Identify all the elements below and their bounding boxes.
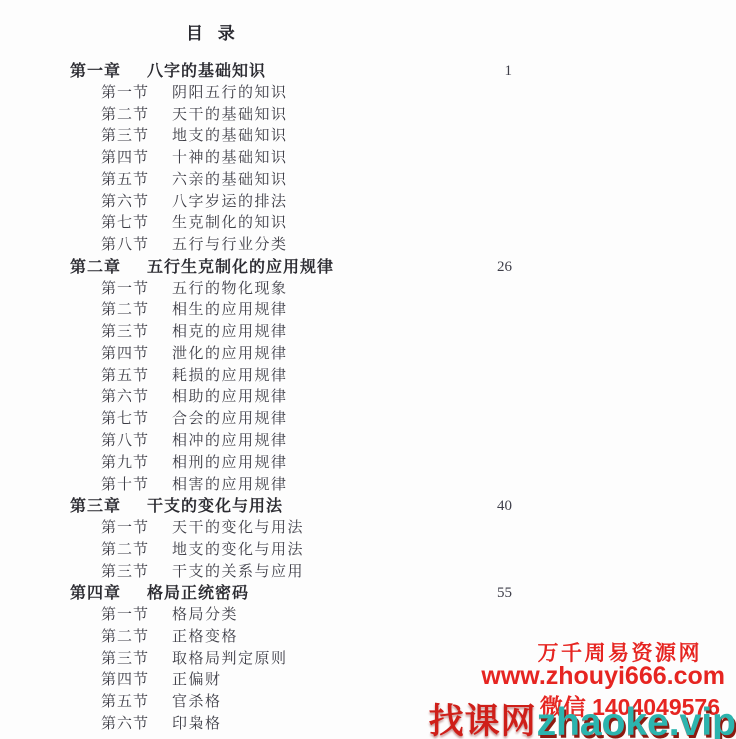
toc-section-row: 第二节天干的基础知识 <box>0 105 736 127</box>
section-title: 相助的应用规律 <box>172 387 288 409</box>
toc-section-row: 第四节十神的基础知识 <box>0 148 736 170</box>
section-title: 相克的应用规律 <box>172 322 288 344</box>
section-label: 第一节 <box>101 518 149 540</box>
toc-section-row: 第八节相冲的应用规律 <box>0 431 736 453</box>
section-title: 相害的应用规律 <box>172 475 288 497</box>
section-label: 第五节 <box>101 692 149 714</box>
section-label: 第一节 <box>101 605 149 627</box>
section-label: 第二节 <box>101 105 149 127</box>
section-title: 五行与行业分类 <box>172 235 288 257</box>
section-label: 第三节 <box>101 126 149 148</box>
toc-section-row: 第八节五行与行业分类 <box>0 235 736 257</box>
section-label: 第一节 <box>101 83 149 105</box>
section-title: 干支的关系与应用 <box>172 562 304 584</box>
chapter-label: 第四章 <box>70 583 121 605</box>
toc-section-row: 第七节合会的应用规律 <box>0 409 736 431</box>
section-label: 第三节 <box>101 649 149 671</box>
section-label: 第四节 <box>101 148 149 170</box>
section-label: 第六节 <box>101 714 149 736</box>
chapter-page-number: 1 <box>470 61 512 83</box>
toc-section-row: 第三节地支的基础知识 <box>0 126 736 148</box>
section-title: 五行的物化现象 <box>172 279 288 301</box>
chapter-title: 格局正统密码 <box>147 583 249 605</box>
toc-section-row: 第六节八字岁运的排法 <box>0 192 736 214</box>
section-label: 第二节 <box>101 540 149 562</box>
section-title: 正格变格 <box>172 627 238 649</box>
watermark-zhaoke-domain: zhaoke.vip <box>537 701 736 739</box>
section-title: 印枭格 <box>172 714 222 736</box>
section-title: 合会的应用规律 <box>172 409 288 431</box>
toc-chapter-row: 第三章干支的变化与用法40 <box>0 496 736 518</box>
section-label: 第四节 <box>101 344 149 366</box>
chapter-label: 第二章 <box>70 257 121 279</box>
section-title: 天干的基础知识 <box>172 105 288 127</box>
toc-section-row: 第三节干支的关系与应用 <box>0 562 736 584</box>
section-title: 正偏财 <box>172 670 222 692</box>
toc-section-row: 第一节五行的物化现象 <box>0 279 736 301</box>
page-title: 目 录 <box>186 19 240 44</box>
section-title: 十神的基础知识 <box>172 148 288 170</box>
section-label: 第四节 <box>101 670 149 692</box>
section-title: 阴阳五行的知识 <box>172 83 288 105</box>
chapter-label: 第三章 <box>70 496 121 518</box>
section-title: 相刑的应用规律 <box>172 453 288 475</box>
section-label: 第三节 <box>101 322 149 344</box>
chapter-page-number: 26 <box>470 257 512 279</box>
section-title: 相生的应用规律 <box>172 300 288 322</box>
chapter-page-number: 55 <box>470 583 512 605</box>
chapter-title: 干支的变化与用法 <box>147 496 283 518</box>
section-label: 第五节 <box>101 170 149 192</box>
toc-section-row: 第三节相克的应用规律 <box>0 322 736 344</box>
toc-section-row: 第十节相害的应用规律 <box>0 475 736 497</box>
toc-chapter-row: 第一章八字的基础知识1 <box>0 61 736 83</box>
section-label: 第八节 <box>101 235 149 257</box>
toc-section-row: 第五节耗损的应用规律 <box>0 366 736 388</box>
toc-list: 第一章八字的基础知识1第一节阴阳五行的知识第二节天干的基础知识第三节地支的基础知… <box>0 61 736 736</box>
section-label: 第六节 <box>101 387 149 409</box>
section-title: 地支的变化与用法 <box>172 540 304 562</box>
section-label: 第一节 <box>101 279 149 301</box>
toc-chapter-row: 第四章格局正统密码55 <box>0 583 736 605</box>
section-label: 第十节 <box>101 475 149 497</box>
section-title: 官杀格 <box>172 692 222 714</box>
toc-section-row: 第二节地支的变化与用法 <box>0 540 736 562</box>
watermark-zhaoke-cn: 找课网 <box>429 702 537 739</box>
section-title: 生克制化的知识 <box>172 213 288 235</box>
section-title: 泄化的应用规律 <box>172 344 288 366</box>
chapter-title: 五行生克制化的应用规律 <box>147 257 334 279</box>
section-title: 取格局判定原则 <box>172 649 288 671</box>
section-title: 格局分类 <box>172 605 238 627</box>
toc-chapter-row: 第二章五行生克制化的应用规律26 <box>0 257 736 279</box>
section-label: 第九节 <box>101 453 149 475</box>
section-title: 相冲的应用规律 <box>172 431 288 453</box>
toc-section-row: 第四节泄化的应用规律 <box>0 344 736 366</box>
toc-section-row: 第五节六亲的基础知识 <box>0 170 736 192</box>
watermark-zhaoke: 找课网zhaoke.vip <box>429 694 736 739</box>
chapter-label: 第一章 <box>70 61 121 83</box>
toc-section-row: 第一节阴阳五行的知识 <box>0 83 736 105</box>
toc-section-row: 第六节相助的应用规律 <box>0 387 736 409</box>
section-label: 第六节 <box>101 192 149 214</box>
section-label: 第二节 <box>101 627 149 649</box>
toc-section-row: 第九节相刑的应用规律 <box>0 453 736 475</box>
section-label: 第七节 <box>101 409 149 431</box>
chapter-page-number: 40 <box>470 496 512 518</box>
toc-page: 目 录 第一章八字的基础知识1第一节阴阳五行的知识第二节天干的基础知识第三节地支… <box>0 0 736 739</box>
section-label: 第二节 <box>101 300 149 322</box>
toc-section-row: 第一节格局分类 <box>0 605 736 627</box>
toc-section-row: 第一节天干的变化与用法 <box>0 518 736 540</box>
section-title: 八字岁运的排法 <box>172 192 288 214</box>
toc-section-row: 第二节相生的应用规律 <box>0 300 736 322</box>
section-label: 第七节 <box>101 213 149 235</box>
section-label: 第三节 <box>101 562 149 584</box>
section-title: 天干的变化与用法 <box>172 518 304 540</box>
section-title: 六亲的基础知识 <box>172 170 288 192</box>
toc-section-row: 第七节生克制化的知识 <box>0 213 736 235</box>
section-label: 第五节 <box>101 366 149 388</box>
section-label: 第八节 <box>101 431 149 453</box>
watermark-site-url: www.zhouyi666.com <box>481 662 725 691</box>
section-title: 耗损的应用规律 <box>172 366 288 388</box>
chapter-title: 八字的基础知识 <box>147 61 266 83</box>
section-title: 地支的基础知识 <box>172 126 288 148</box>
